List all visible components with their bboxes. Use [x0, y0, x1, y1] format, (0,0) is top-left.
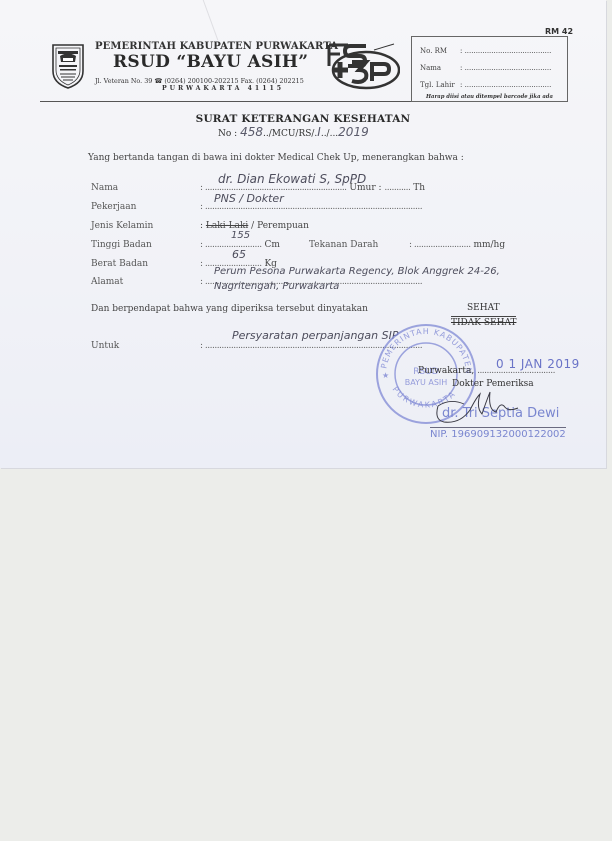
doc-number-sep: ../... — [321, 129, 338, 139]
patient-box-row: No. RM: ................................… — [420, 47, 551, 55]
label-tekanan-darah: Tekanan Darah — [309, 240, 378, 250]
header-government: PEMERINTAH KABUPATEN PURWAKARTA — [95, 41, 338, 52]
patient-box-label: No. RM — [420, 47, 460, 55]
patient-box-value: : ......................................… — [460, 47, 551, 55]
signature-icon — [430, 388, 520, 438]
header-address: Jl. Veteran No. 39 ☎ (0264) 200100-20221… — [95, 77, 304, 85]
umur-unit: Th — [413, 183, 425, 193]
field-alamat-line1: Perum Pesona Purwakarta Regency, Blok An… — [214, 266, 500, 277]
field-tinggi-badan-value: 155 — [231, 230, 250, 241]
doc-number-mid: ../MCU/RS/. — [263, 129, 317, 139]
doc-number-value: 458 — [240, 125, 263, 139]
field-pekerjaan-value: PNS / Dokter — [214, 192, 284, 205]
patient-box-label: Tgl. Lahir — [420, 81, 460, 89]
field-alamat-line2: Nagritengah, Purwakarta — [214, 281, 339, 292]
barcode-note: Harap diisi atau ditempel barcode jika a… — [412, 94, 567, 100]
form-code: RM 42 — [545, 27, 573, 36]
date-stamp: 0 1 JAN 2019 — [496, 357, 580, 371]
label-nama: Nama — [91, 183, 118, 193]
conclusion-text: Dan berpendapat bahwa yang diperiksa ter… — [91, 304, 368, 314]
field-nama-value: dr. Dian Ekowati S, SpPD — [218, 172, 366, 186]
field-berat-badan-value: 65 — [232, 248, 246, 261]
field-tekanan-darah-line: : ........................ mm/hg — [409, 240, 505, 250]
document-number: No : 458../MCU/RS/.I../...2019 — [218, 125, 369, 139]
patient-box-row: Nama: ..................................… — [420, 64, 551, 72]
patient-box-label: Nama — [420, 64, 460, 72]
label-tinggi-badan: Tinggi Badan — [91, 240, 152, 250]
label-untuk: Untuk — [91, 341, 119, 351]
svg-text:BAYU ASIH: BAYU ASIH — [405, 378, 448, 387]
patient-box-value: : ......................................… — [460, 64, 551, 72]
patient-info-box: No. RM: ................................… — [411, 36, 568, 102]
field-jenis-kelamin: : Laki-Laki / Perempuan — [200, 221, 309, 231]
tekanan-unit: mm/hg — [473, 240, 505, 250]
header-city: PURWAKARTA 41115 — [162, 85, 284, 92]
document-title: SURAT KETERANGAN KESEHATAN — [0, 113, 606, 125]
patient-box-row: Tgl. Lahir: ............................… — [420, 81, 551, 89]
label-berat-badan: Berat Badan — [91, 259, 148, 269]
doc-number-prefix: No : — [218, 129, 240, 139]
city-label: Purwakarta, — [418, 366, 474, 376]
tinggi-unit: Cm — [264, 240, 279, 250]
paper-crease — [203, 0, 278, 40]
patient-box-value: : ......................................… — [460, 81, 551, 89]
header-divider — [40, 101, 412, 102]
regency-emblem-icon — [51, 41, 85, 89]
intro-text: Yang bertanda tangan di bawa ini dokter … — [88, 153, 464, 163]
label-pekerjaan: Pekerjaan — [91, 202, 136, 212]
label-jenis-kelamin: Jenis Kelamin — [91, 221, 153, 231]
document-page: RM 42 PEMERINTAH KABUPATEN PURWAKARTA RS… — [0, 0, 606, 468]
svg-text:★: ★ — [382, 371, 389, 380]
gender-option-female: Perempuan — [257, 221, 309, 231]
doc-number-year: 2019 — [338, 125, 369, 139]
label-alamat: Alamat — [91, 277, 123, 287]
hospital-emblem-icon — [326, 40, 400, 90]
header-hospital-name: RSUD “BAYU ASIH” — [113, 52, 308, 72]
status-sehat: SEHAT — [467, 303, 500, 313]
